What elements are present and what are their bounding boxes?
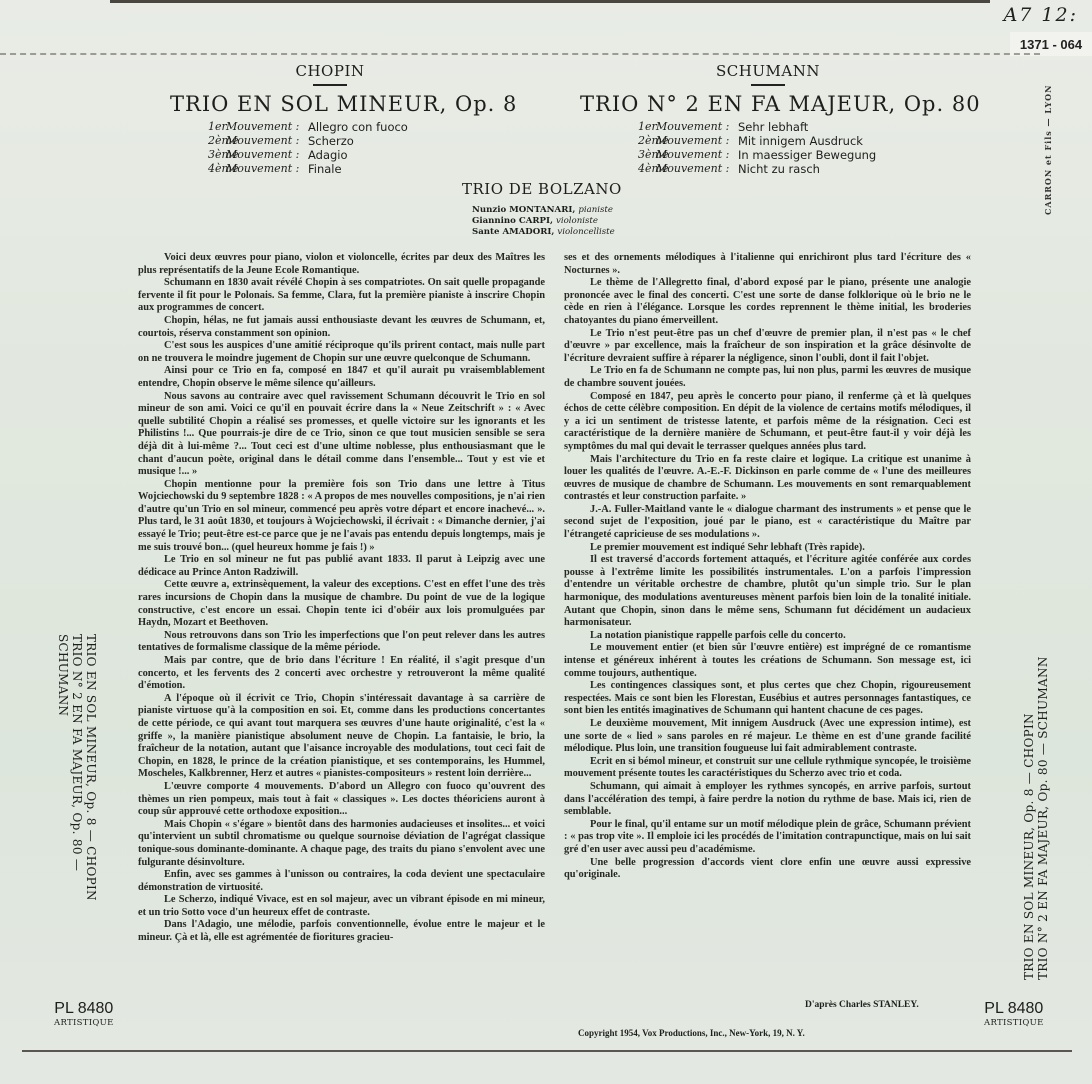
composer-name: SCHUMANN [716,62,820,80]
paragraph: A l'époque où il écrivit ce Trio, Chopin… [138,693,545,781]
catalog-number-right: PL 8480 ARTISTIQUE [984,1000,1044,1028]
paragraph: C'est sous les auspices d'une amitié réc… [138,340,545,365]
spine-text-left: TRIO EN SOL MINEUR, Op. 8 — CHOPIN TRIO … [56,634,98,944]
movement-name: Scherzo [308,134,354,148]
paragraph: Le Trio n'est peut-être pas un chef d'œu… [564,328,971,366]
composer-underline [313,84,347,86]
ensemble-name: TRIO DE BOLZANO [462,180,622,198]
movement-number: 1er [208,120,226,134]
catalog-number: PL 8480 [984,1000,1044,1018]
liner-notes-right-column: ses et des ornements mélodiques à l'ital… [564,252,971,882]
composer-name: CHOPIN [296,62,365,80]
paragraph: Chopin mentionne pour la première fois s… [138,479,545,555]
paragraph: Schumann, qui aimait à employer les ryth… [564,781,971,819]
movement-name: Adagio [308,148,348,162]
paragraph: Mais par contre, que de brio dans l'écri… [138,655,545,693]
movement-name: Sehr lebhaft [738,120,808,134]
movement-row: 3èmeMouvement :Adagio [208,148,408,162]
copyright-notice: Copyright 1954, Vox Productions, Inc., N… [578,1028,805,1038]
performer-role: violoncelliste [557,227,614,237]
movement-number: 2ème [208,134,226,148]
performer-name: Nunzio MONTANARI, [472,205,578,215]
paragraph: L'œuvre comporte 4 mouvements. D'abord u… [138,781,545,819]
top-divider [0,53,1040,55]
composer-chopin: CHOPIN [290,62,370,86]
handwritten-note: A7 12: [1004,4,1078,26]
sleeve-top-edge [110,0,990,3]
movement-label: Mouvement : [226,148,308,162]
paragraph: Ecrit en si bémol mineur, et construit s… [564,756,971,781]
movement-row: 2èmeMouvement :Mit innigem Ausdruck [638,134,876,148]
paragraph: Enfin, avec ses gammes à l'unisson ou co… [138,869,545,894]
label-name: ARTISTIQUE [54,1018,114,1028]
paragraph: Schumann en 1830 avait révélé Chopin à s… [138,277,545,315]
notes-signature: D'après Charles STANLEY. [805,1000,919,1010]
movement-label: Mouvement : [656,162,738,176]
movement-number: 4ème [208,162,226,176]
performer-role: violoniste [556,216,598,226]
movement-name: Mit innigem Ausdruck [738,134,863,148]
movement-name: Finale [308,162,342,176]
paragraph: Le Scherzo, indiqué Vivace, est en sol m… [138,894,545,919]
paragraph: Une belle progression d'accords vient cl… [564,857,971,882]
paragraph: Il est traversé d'accords fortement atta… [564,554,971,630]
movement-row: 4èmeMouvement :Finale [208,162,408,176]
paragraph: Le premier mouvement est indiqué Sehr le… [564,542,971,555]
performer-name: Sante AMADORI, [472,227,557,237]
paragraph: Le thème de l'Allegretto final, d'abord … [564,277,971,327]
movement-number: 1er [638,120,656,134]
movement-label: Mouvement : [226,134,308,148]
movement-name: In maessiger Bewegung [738,148,876,162]
paragraph: La notation pianistique rappelle parfois… [564,630,971,643]
record-sleeve-back: A7 12: 1371 - 064 CARRON et Fils — LYON … [0,0,1092,1084]
paragraph: Le mouvement entier (et bien sûr l'œuvre… [564,642,971,680]
catalog-number: PL 8480 [54,1000,114,1018]
performer: Giannino CARPI, violoniste [472,216,615,227]
paragraph: Mais l'architecture du Trio en fa reste … [564,454,971,504]
paragraph: Nous retrouvons dans son Trio les imperf… [138,630,545,655]
paragraph: J.-A. Fuller-Maitland vante le « dialogu… [564,504,971,542]
spine-line-2: TRIO N° 2 EN FA MAJEUR, Op. 80 — SCHUMAN… [56,634,84,944]
movement-label: Mouvement : [226,162,308,176]
movements-chopin: 1erMouvement :Allegro con fuoco2èmeMouve… [208,120,408,176]
movement-label: Mouvement : [656,148,738,162]
bottom-divider [22,1050,1072,1052]
paragraph-continued: ses et des ornements mélodiques à l'ital… [564,252,971,277]
paragraph: Composé en 1847, peu après le concerto p… [564,391,971,454]
paragraph: Dans l'Adagio, une mélodie, parfois conv… [138,919,545,944]
performer-role: pianiste [578,205,613,215]
movement-row: 2èmeMouvement :Scherzo [208,134,408,148]
movement-row: 1erMouvement :Sehr lebhaft [638,120,876,134]
movement-number: 2ème [638,134,656,148]
movement-name: Nicht zu rasch [738,162,820,176]
performers-list: Nunzio MONTANARI, pianisteGiannino CARPI… [472,205,615,238]
paragraph: Les contingences classiques sont, et plu… [564,680,971,718]
paragraph: Le Trio en fa de Schumann ne compte pas,… [564,365,971,390]
movement-label: Mouvement : [226,120,308,134]
movement-row: 1erMouvement :Allegro con fuoco [208,120,408,134]
paragraph: Le deuxième mouvement, Mit innigem Ausdr… [564,718,971,756]
movement-label: Mouvement : [656,134,738,148]
spine-line-1: TRIO EN SOL MINEUR, Op. 8 — CHOPIN [84,634,98,944]
movement-number: 3ème [208,148,226,162]
movement-name: Allegro con fuoco [308,120,408,134]
work-title-chopin: TRIO EN SOL MINEUR, Op. 8 [170,92,517,116]
paragraph: Mais Chopin « s'égare » bientôt dans des… [138,819,545,869]
paragraph: Chopin, hélas, ne fut jamais aussi entho… [138,315,545,340]
paragraph: Pour le final, qu'il entame sur un motif… [564,819,971,857]
spine-line-2: TRIO N° 2 EN FA MAJEUR, Op. 80 — SCHUMAN… [1036,650,1050,980]
spine-line-1: TRIO EN SOL MINEUR, Op. 8 — CHOPIN [1022,650,1036,980]
paragraph: Le Trio en sol mineur ne fut pas publié … [138,554,545,579]
paragraph: Cette œuvre a, extrinsèquement, la valeu… [138,579,545,629]
label-name: ARTISTIQUE [984,1018,1044,1028]
movement-number: 3ème [638,148,656,162]
movement-row: 4èmeMouvement :Nicht zu rasch [638,162,876,176]
spine-text-right: TRIO EN SOL MINEUR, Op. 8 — CHOPIN TRIO … [1022,650,1050,980]
paragraph: Voici deux œuvres pour piano, violon et … [138,252,545,277]
movement-number: 4ème [638,162,656,176]
composer-underline [751,84,785,86]
movement-label: Mouvement : [656,120,738,134]
composer-schumann: SCHUMANN [708,62,828,86]
printer-credit: CARRON et Fils — LYON [1040,70,1056,230]
work-title-schumann: TRIO N° 2 EN FA MAJEUR, Op. 80 [580,92,981,116]
performer: Nunzio MONTANARI, pianiste [472,205,615,216]
catalog-number-left: PL 8480 ARTISTIQUE [54,1000,114,1028]
liner-notes-left-column: Voici deux œuvres pour piano, violon et … [138,252,545,945]
performer-name: Giannino CARPI, [472,216,556,226]
performer: Sante AMADORI, violoncelliste [472,227,615,238]
movement-row: 3èmeMouvement :In maessiger Bewegung [638,148,876,162]
movements-schumann: 1erMouvement :Sehr lebhaft2èmeMouvement … [638,120,876,176]
paragraph: Nous savons au contraire avec quel ravis… [138,391,545,479]
paragraph: Ainsi pour ce Trio en fa, composé en 184… [138,365,545,390]
